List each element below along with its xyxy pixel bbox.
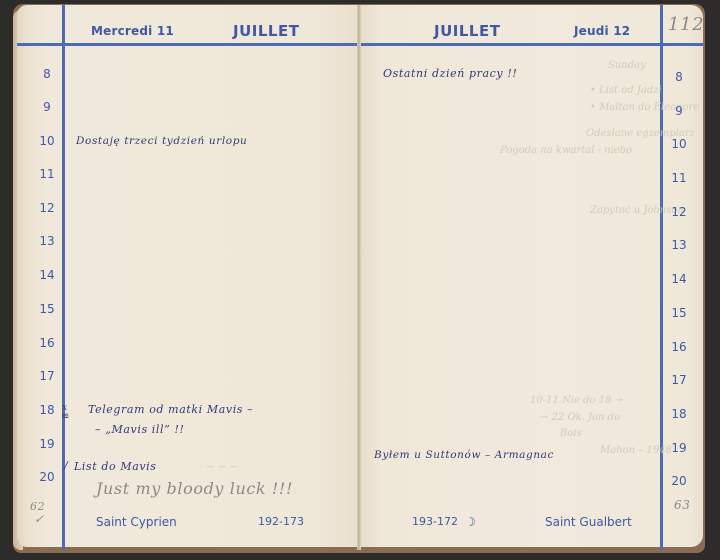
hour-label: 12 [666, 205, 692, 219]
diary-entry-8h: Ostatni dzień pracy !! [383, 67, 517, 80]
diary-entry-20h: List do Mavis [74, 460, 157, 473]
entry-check-marker: / [64, 459, 68, 472]
left-saint-name: Saint Cyprien [96, 515, 177, 529]
header-rule-left [17, 43, 357, 46]
right-day-count: 193-172 [412, 515, 458, 528]
hour-label: 17 [34, 369, 60, 383]
left-page [17, 5, 360, 547]
moon-phase-icon: ☽ [465, 515, 476, 529]
hour-label: 12 [34, 201, 60, 215]
bleed-through-text: 10-11 Nie do 18 → [530, 395, 623, 406]
bleed-through-text: · ~ ~ ~ [200, 462, 238, 473]
hour-label: 16 [666, 340, 692, 354]
corner-page-number: 112 [668, 14, 704, 35]
hour-label: 11 [666, 171, 692, 185]
hour-label: 19 [34, 437, 60, 451]
hour-label: 15 [666, 306, 692, 320]
left-page-check: ✓ [34, 512, 45, 526]
right-month-label: JUILLET [434, 22, 500, 40]
header-rule-right [361, 43, 703, 46]
left-month-label: JUILLET [233, 22, 299, 40]
entry-marker-lines: ≡ [61, 411, 70, 422]
diary-entry-19h: Byłem u Suttonów – Armagnac [374, 449, 554, 461]
hour-label: 13 [666, 238, 692, 252]
right-day-label: Jeudi 12 [574, 24, 630, 38]
right-saint-name: Saint Gualbert [545, 515, 632, 529]
hour-label: 14 [666, 272, 692, 286]
hour-label: 16 [34, 336, 60, 350]
diary-entry-10h: Dostaję trzeci tydzień urlopu [76, 135, 247, 147]
bleed-through-text: Bois [560, 428, 582, 439]
left-day-label: Mercredi 11 [91, 24, 174, 38]
bleed-through-text: • List od Jadzi [590, 85, 662, 96]
hour-label: 13 [34, 234, 60, 248]
hour-label: 15 [34, 302, 60, 316]
hour-label: 19 [666, 441, 692, 455]
bleed-through-text: Sunday [608, 60, 646, 71]
hour-label: 9 [666, 104, 692, 118]
hour-label: 10 [34, 134, 60, 148]
hour-label: 9 [34, 100, 60, 114]
bleed-through-text: Pogoda na kwartal - niebo [500, 145, 632, 156]
hour-label: 11 [34, 167, 60, 181]
hour-label: 18 [34, 403, 60, 417]
hour-label: 17 [666, 373, 692, 387]
bleed-through-text: Mahon – 1948 [600, 445, 672, 456]
left-day-count: 192-173 [258, 515, 304, 528]
right-page-number: 63 [674, 498, 690, 512]
hour-label: 8 [34, 67, 60, 81]
pencil-note: Just my bloody luck !!! [96, 479, 293, 498]
book-spine [357, 5, 361, 550]
hour-label: 10 [666, 137, 692, 151]
hour-label: 14 [34, 268, 60, 282]
diary-entry-18h: Telegram od matki Mavis – [88, 403, 253, 416]
hour-label: 8 [666, 70, 692, 84]
hour-label: 18 [666, 407, 692, 421]
hour-label: 20 [34, 470, 60, 484]
bleed-through-text: → 22 Ok. Jan do [540, 412, 620, 423]
diary-entry-19h: – „Mavis ill” !! [95, 423, 185, 436]
hour-label: 20 [666, 474, 692, 488]
